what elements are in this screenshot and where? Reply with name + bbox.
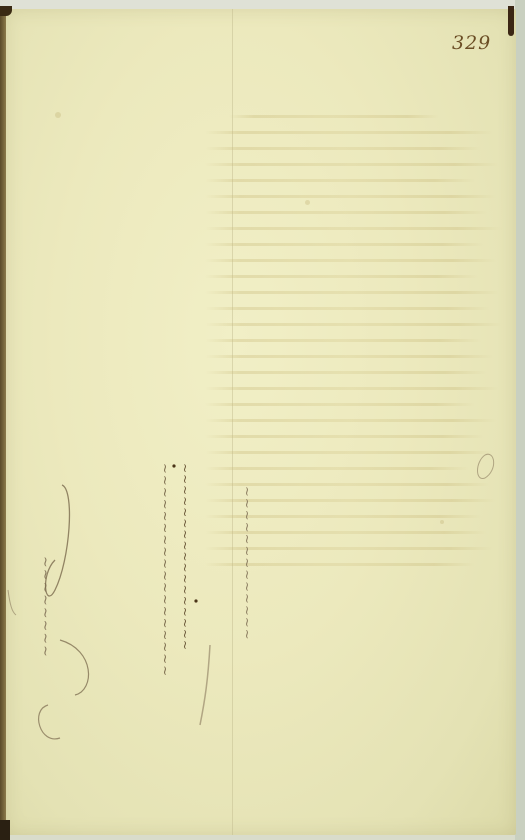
ink-spot: [55, 112, 61, 118]
scanner-background-right: [515, 0, 525, 840]
bleed-line: [205, 355, 493, 358]
signature: ~~~~~~~~: [38, 555, 54, 657]
bleed-line: [205, 211, 487, 214]
bleed-line: [229, 115, 439, 118]
bleed-line: [205, 179, 475, 182]
folio-number: 329: [452, 32, 491, 54]
bleed-line: [205, 275, 478, 278]
bleed-line: [205, 451, 493, 454]
bleed-line: [205, 131, 493, 134]
bleed-line: [205, 227, 502, 230]
bleed-line: [205, 419, 496, 422]
bleed-line: [205, 243, 484, 246]
bleed-line: [205, 467, 469, 470]
bleed-line: [205, 163, 499, 166]
bleed-line: [205, 147, 481, 150]
bleed-line: [205, 323, 502, 326]
marginal-note-right: ~~~~~~~~~~~~~: [240, 485, 255, 640]
ink-spot: [305, 200, 310, 205]
bleed-line: [205, 259, 496, 262]
bleed-line: [205, 339, 481, 342]
page-corner-top-right: [508, 6, 514, 36]
bleed-line: [205, 371, 487, 374]
bleed-line: [205, 435, 484, 438]
marginal-note-center: ~~~~~~~~~~~~~~~~~: [178, 462, 192, 650]
bleed-line: [205, 195, 496, 198]
bleed-line: [205, 403, 475, 406]
ink-spot: [440, 520, 444, 524]
bleed-line: [205, 291, 499, 294]
bleed-line: [205, 387, 499, 390]
binding-edge: [0, 8, 6, 836]
page-corner-bottom-left: [0, 820, 10, 840]
marginal-note-left: ~~~~~~~~~~~~~~~~~~: [158, 462, 173, 676]
bleed-line: [205, 307, 490, 310]
